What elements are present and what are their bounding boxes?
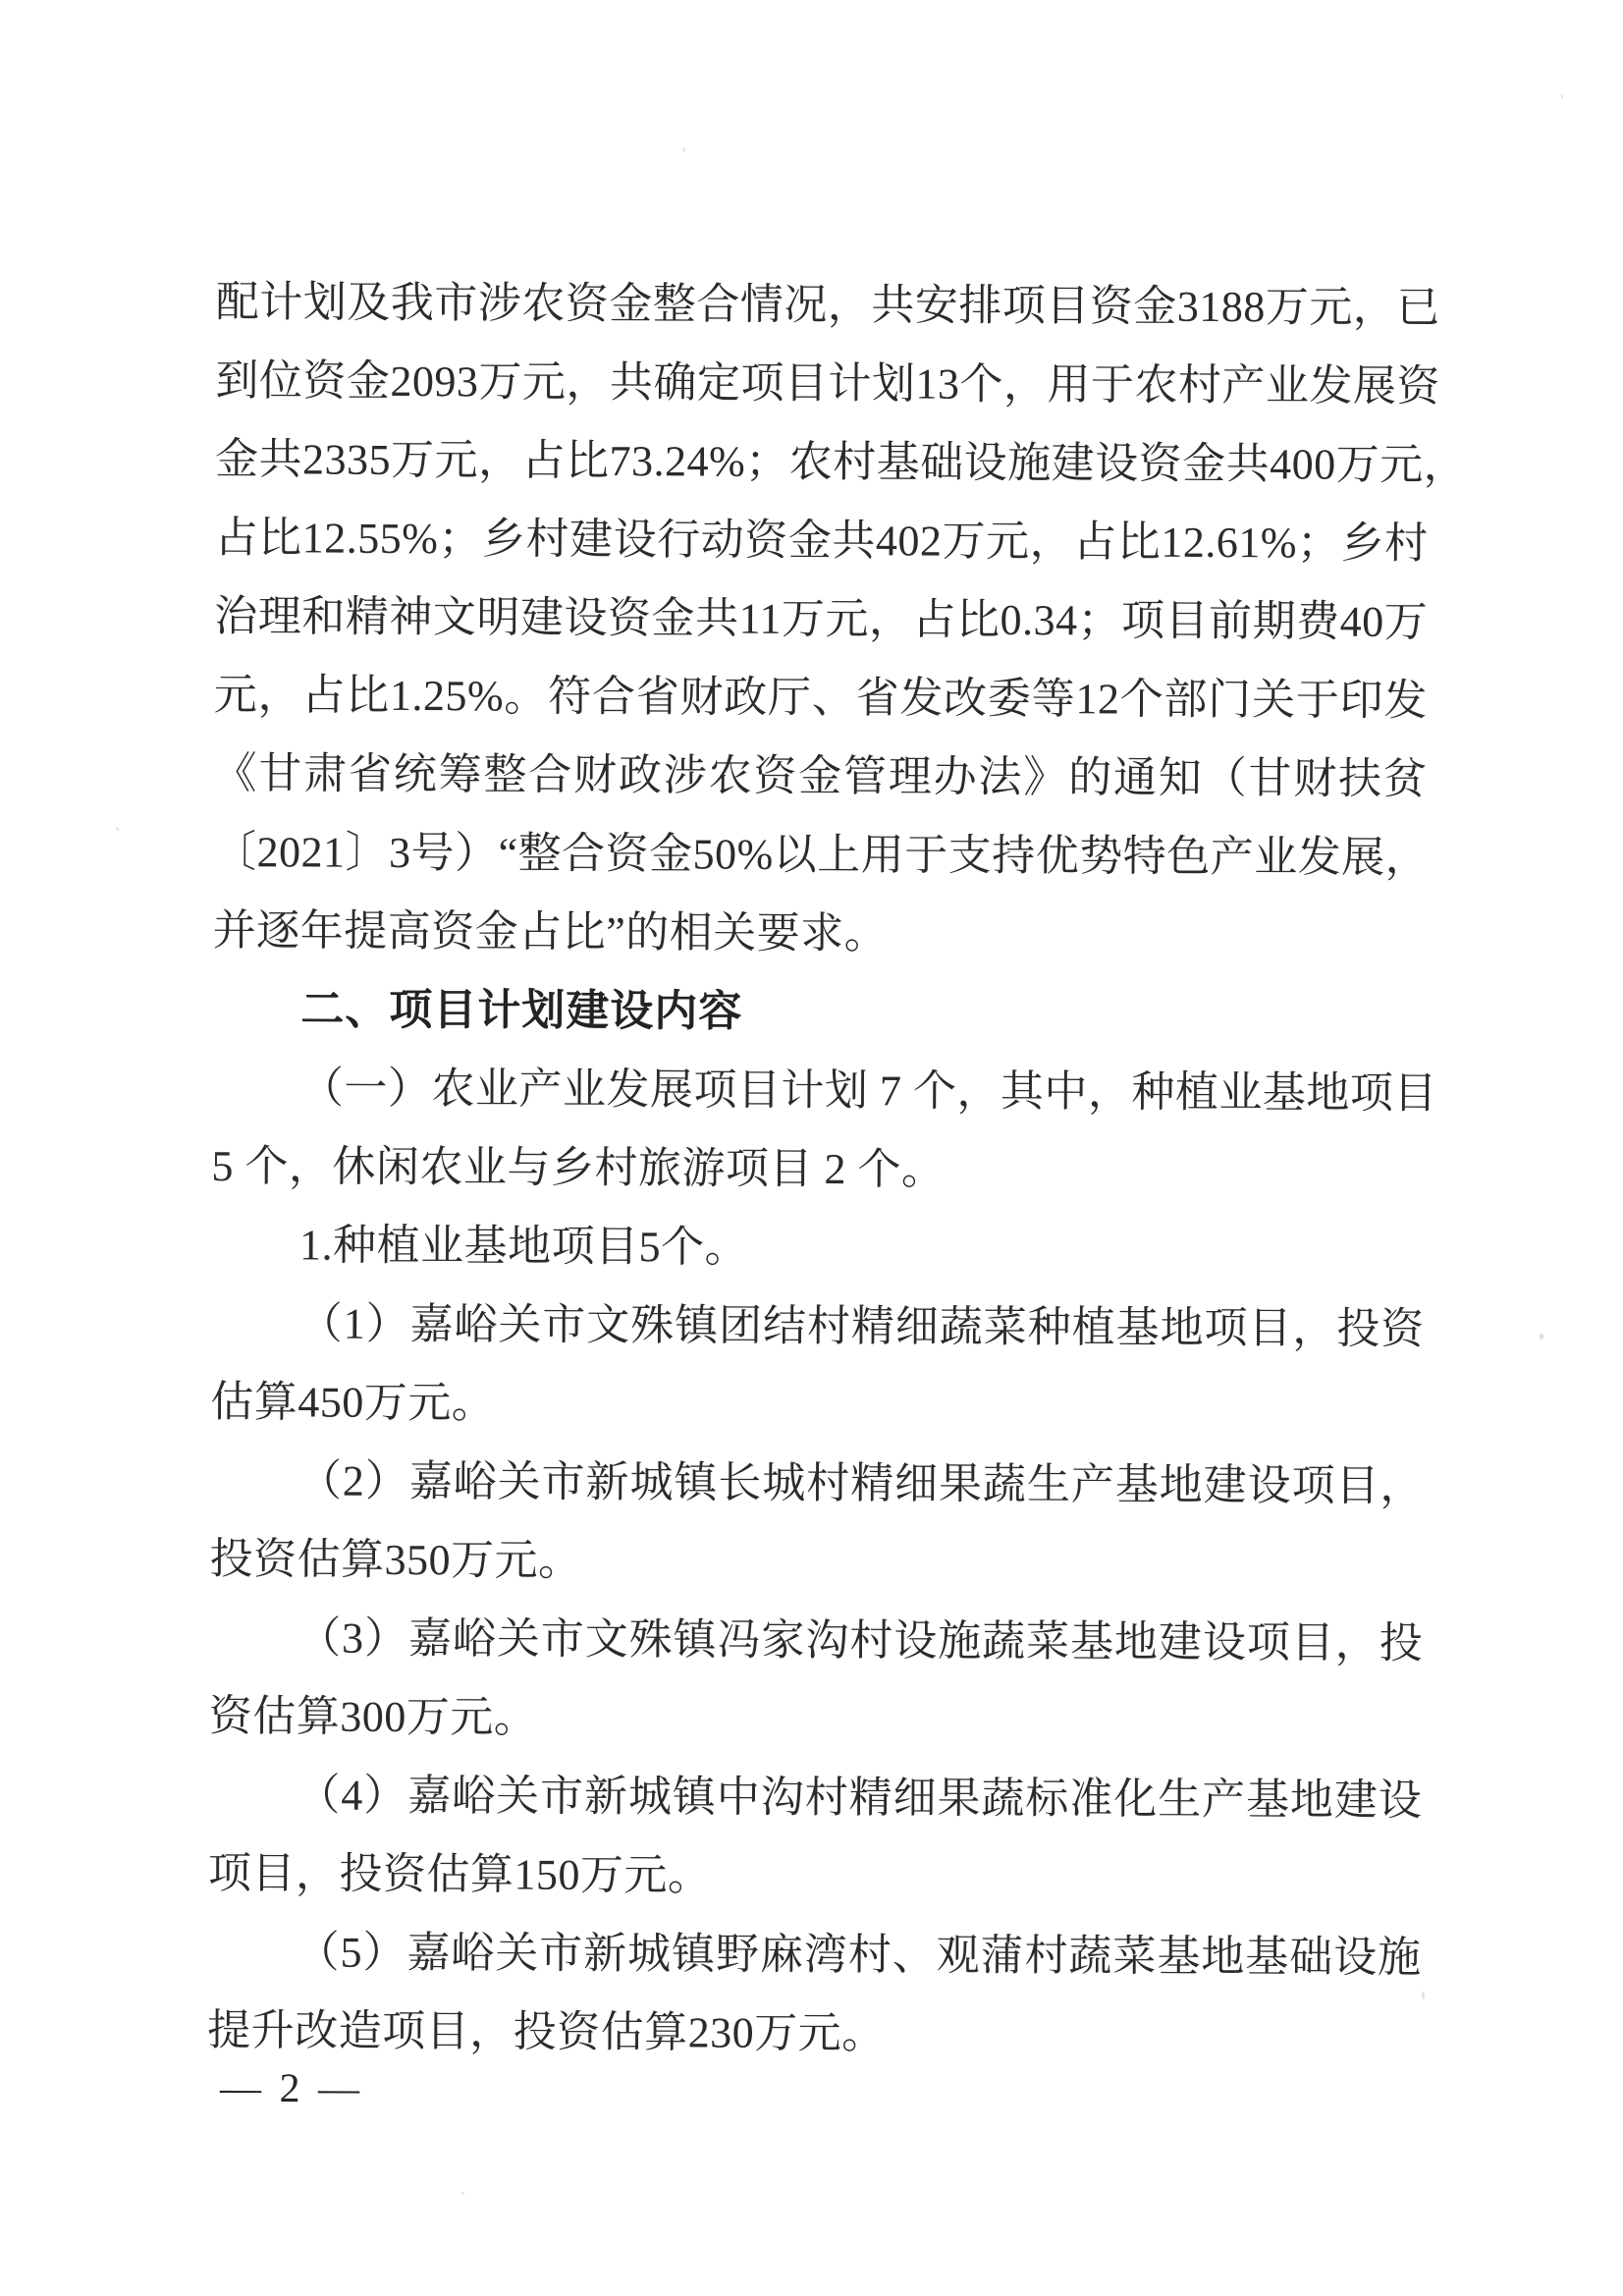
scan-speck [1422, 1992, 1425, 1999]
text-line: 并逐年提高资金占比”的相关要求。 [212, 892, 1426, 976]
page-number: — 2 — [220, 2064, 363, 2114]
text-line: （2）嘉峪关市新城镇长城村精细果蔬生产基地建设项目， [210, 1442, 1424, 1526]
scan-speck [1540, 1334, 1543, 1339]
text-line: 〔2021〕3号）“整合资金50%以上用于支持优势特色产业发展， [213, 813, 1427, 898]
text-line: （4）嘉峪关市新城镇中沟村精细果蔬标准化生产基地建设 [208, 1756, 1422, 1840]
text-line: 提升改造项目，投资估算230万元。 [207, 1992, 1421, 2076]
section-heading: 二、项目计划建设内容 [212, 970, 1426, 1055]
scan-speck [116, 827, 119, 831]
text-line: （3）嘉峪关市文殊镇冯家沟村设施蔬菜基地建设项目，投 [209, 1599, 1423, 1683]
text-line: （1）嘉峪关市文殊镇团结村精细蔬菜种植基地项目，投资 [211, 1285, 1425, 1369]
document-page: 配计划及我市涉农资金整合情况，共安排项目资金3188万元，已 到位资金2093万… [0, 0, 1623, 2296]
subsection-heading: 1.种植业基地项目5个。 [211, 1206, 1425, 1290]
scan-speck [1561, 94, 1563, 99]
scan-speck [682, 147, 685, 152]
text-line: 估算450万元。 [210, 1363, 1424, 1448]
text-line: （一）农业产业发展项目计划 7 个，其中，种植业基地项目 [212, 1049, 1426, 1133]
text-line: 占比12.55%；乡村建设行动资金共402万元，占比12.61%；乡村 [214, 499, 1428, 583]
text-line: （5）嘉峪关市新城镇野麻湾村、观蒲村蔬菜基地基础设施 [207, 1913, 1421, 1997]
text-line: 元，占比1.25%。符合省财政厅、省发改委等12个部门关于印发 [214, 656, 1428, 740]
text-line: 治理和精神文明建设资金共11万元，占比0.34；项目前期费40万 [214, 577, 1428, 662]
text-line: 投资估算350万元。 [209, 1520, 1423, 1605]
text-line: 项目，投资估算150万元。 [208, 1834, 1422, 1919]
scan-speck [461, 2192, 464, 2195]
text-line: 《甘肃省统筹整合财政涉农资金管理办法》的通知（甘财扶贫 [213, 735, 1427, 819]
text-line: 资估算300万元。 [209, 1677, 1423, 1762]
document-body: 配计划及我市涉农资金整合情况，共安排项目资金3188万元，已 到位资金2093万… [207, 263, 1430, 2076]
text-line: 金共2335万元，占比73.24%；农村基础设施建设资金共400万元， [215, 420, 1429, 505]
text-line: 5 个，休闲农业与乡村旅游项目 2 个。 [211, 1127, 1425, 1212]
text-line: 配计划及我市涉农资金整合情况，共安排项目资金3188万元，已 [216, 263, 1430, 348]
text-line: 到位资金2093万元，共确定项目计划13个，用于农村产业发展资 [215, 342, 1429, 426]
